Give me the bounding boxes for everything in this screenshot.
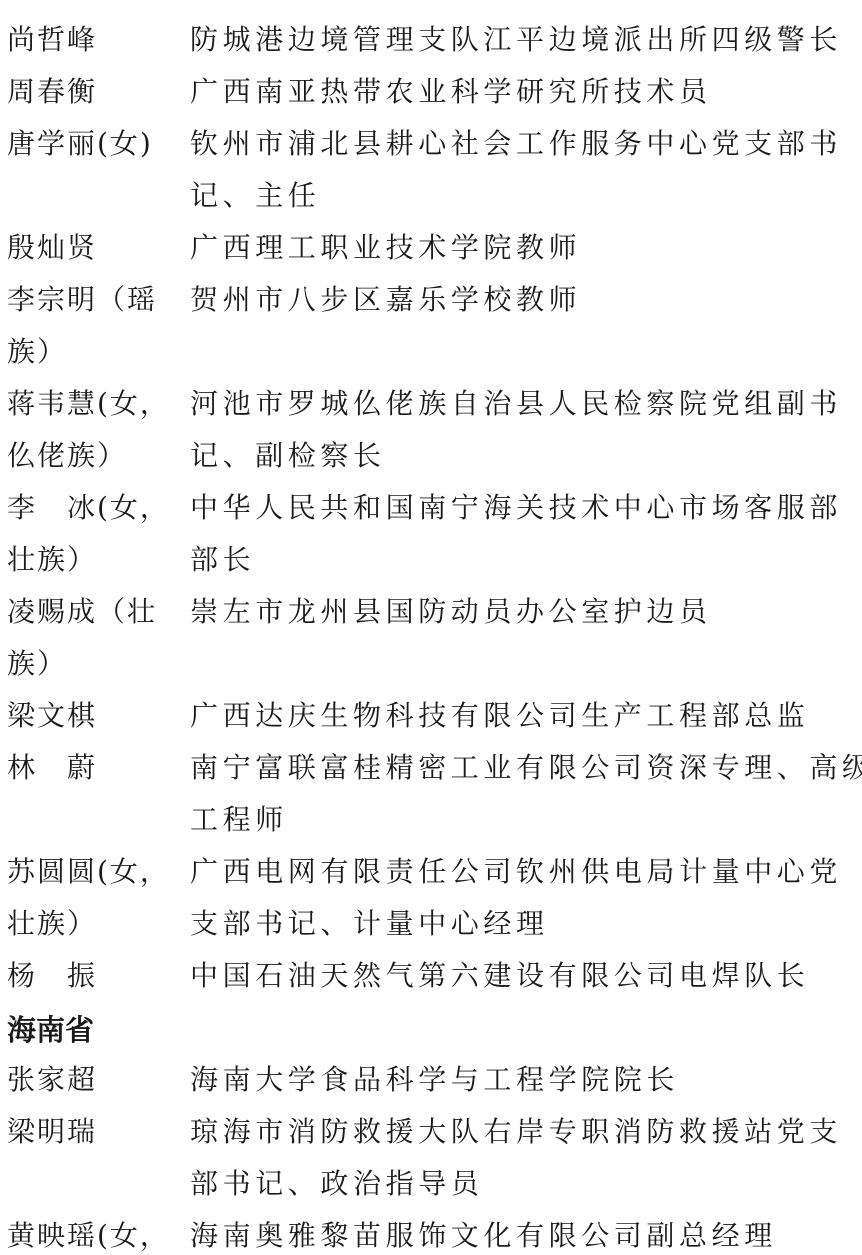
entry-line: 李 冰(女， 中华人民共和国南宁海关技术中心市场客服部	[0, 482, 862, 534]
entry-line: 仫佬族） 记、副检察长	[0, 430, 862, 482]
entry-line: 凌赐成（壮 崇左市龙州县国防动员办公室护边员	[0, 586, 862, 638]
list-item: 尚哲峰 防城港边境管理支队江平边境派出所四级警长	[0, 14, 862, 66]
person-name: 梁文棋	[7, 690, 187, 742]
entry-line: 张家超 海南大学食品科学与工程学院院长	[0, 1054, 862, 1106]
person-position: 广西电网有限责任公司钦州供电局计量中心党	[190, 846, 862, 898]
person-position: 防城港边境管理支队江平边境派出所四级警长	[190, 14, 862, 66]
person-position-cont: 部书记、政治指导员	[190, 1158, 862, 1210]
entry-line: 苏圆圆(女， 广西电网有限责任公司钦州供电局计量中心党	[0, 846, 862, 898]
person-position: 钦州市浦北县耕心社会工作服务中心党支部书	[190, 118, 862, 170]
person-name-cont: 族）	[7, 638, 187, 690]
list-item: 梁明瑞 琼海市消防救援大队右岸专职消防救援站党支 部书记、政治指导员	[0, 1106, 862, 1210]
entry-line: 族）	[0, 326, 862, 378]
list-item: 黄映瑶(女， 海南奥雅黎苗服饰文化有限公司副总经理	[0, 1210, 862, 1255]
person-name: 林 蔚	[7, 742, 187, 794]
person-name: 唐学丽(女)	[7, 118, 187, 170]
list-item: 梁文棋 广西达庆生物科技有限公司生产工程部总监	[0, 690, 862, 742]
person-position: 广西达庆生物科技有限公司生产工程部总监	[190, 690, 862, 742]
entry-line: 族）	[0, 638, 862, 690]
person-name: 李 冰(女，	[7, 482, 187, 534]
person-name: 张家超	[7, 1054, 187, 1106]
entry-line: 记、主任	[0, 170, 862, 222]
list-item: 李宗明（瑶 贺州市八步区嘉乐学校教师 族）	[0, 274, 862, 378]
list-item: 殷灿贤 广西理工职业技术学院教师	[0, 222, 862, 274]
list-item: 唐学丽(女) 钦州市浦北县耕心社会工作服务中心党支部书 记、主任	[0, 118, 862, 222]
list-item: 周春衡 广西南亚热带农业科学研究所技术员	[0, 66, 862, 118]
list-item: 凌赐成（壮 崇左市龙州县国防动员办公室护边员 族）	[0, 586, 862, 690]
person-name: 尚哲峰	[7, 14, 187, 66]
person-name-cont: 族）	[7, 326, 187, 378]
entry-line: 唐学丽(女) 钦州市浦北县耕心社会工作服务中心党支部书	[0, 118, 862, 170]
entry-line: 蒋韦慧(女， 河池市罗城仫佬族自治县人民检察院党组副书	[0, 378, 862, 430]
list-item: 杨 振 中国石油天然气第六建设有限公司电焊队长	[0, 950, 862, 1002]
list-item: 李 冰(女， 中华人民共和国南宁海关技术中心市场客服部 壮族） 部长	[0, 482, 862, 586]
entry-line: 林 蔚 南宁富联富桂精密工业有限公司资深专理、高级	[0, 742, 862, 794]
person-position: 中华人民共和国南宁海关技术中心市场客服部	[190, 482, 862, 534]
person-position: 河池市罗城仫佬族自治县人民检察院党组副书	[190, 378, 862, 430]
person-position: 广西南亚热带农业科学研究所技术员	[190, 66, 862, 118]
person-position: 中国石油天然气第六建设有限公司电焊队长	[190, 950, 862, 1002]
person-name: 杨 振	[7, 950, 187, 1002]
person-name: 黄映瑶(女，	[7, 1210, 187, 1255]
person-position: 海南大学食品科学与工程学院院长	[190, 1054, 862, 1106]
person-name-cont: 壮族）	[7, 534, 187, 586]
person-position-cont: 工程师	[190, 794, 862, 846]
entry-line: 壮族） 部长	[0, 534, 862, 586]
entry-line: 李宗明（瑶 贺州市八步区嘉乐学校教师	[0, 274, 862, 326]
person-position-cont: 支部书记、计量中心经理	[190, 898, 862, 950]
entry-line: 梁文棋 广西达庆生物科技有限公司生产工程部总监	[0, 690, 862, 742]
entry-line: 杨 振 中国石油天然气第六建设有限公司电焊队长	[0, 950, 862, 1002]
person-name: 苏圆圆(女，	[7, 846, 187, 898]
entry-line: 工程师	[0, 794, 862, 846]
person-position-cont: 记、副检察长	[190, 430, 862, 482]
document-body: 尚哲峰 防城港边境管理支队江平边境派出所四级警长 周春衡 广西南亚热带农业科学研…	[0, 14, 862, 1255]
person-position: 广西理工职业技术学院教师	[190, 222, 862, 274]
entry-line: 梁明瑞 琼海市消防救援大队右岸专职消防救援站党支	[0, 1106, 862, 1158]
list-item: 蒋韦慧(女， 河池市罗城仫佬族自治县人民检察院党组副书 仫佬族） 记、副检察长	[0, 378, 862, 482]
list-item: 苏圆圆(女， 广西电网有限责任公司钦州供电局计量中心党 壮族） 支部书记、计量中…	[0, 846, 862, 950]
person-name: 凌赐成（壮	[7, 586, 187, 638]
person-name: 梁明瑞	[7, 1106, 187, 1158]
list-item: 林 蔚 南宁富联富桂精密工业有限公司资深专理、高级 工程师	[0, 742, 862, 846]
person-position: 崇左市龙州县国防动员办公室护边员	[190, 586, 862, 638]
entry-line: 黄映瑶(女， 海南奥雅黎苗服饰文化有限公司副总经理	[0, 1210, 862, 1255]
person-name: 周春衡	[7, 66, 187, 118]
entry-line: 尚哲峰 防城港边境管理支队江平边境派出所四级警长	[0, 14, 862, 66]
person-name-cont: 仫佬族）	[7, 430, 187, 482]
entry-line: 周春衡 广西南亚热带农业科学研究所技术员	[0, 66, 862, 118]
person-position-cont: 记、主任	[190, 170, 862, 222]
person-position-cont: 部长	[190, 534, 862, 586]
person-name: 蒋韦慧(女，	[7, 378, 187, 430]
entry-line: 壮族） 支部书记、计量中心经理	[0, 898, 862, 950]
person-name-cont: 壮族）	[7, 898, 187, 950]
entry-line: 部书记、政治指导员	[0, 1158, 862, 1210]
person-position: 贺州市八步区嘉乐学校教师	[190, 274, 862, 326]
person-position: 南宁富联富桂精密工业有限公司资深专理、高级	[190, 742, 862, 794]
section-heading-hainan: 海南省	[0, 1002, 862, 1054]
person-name: 殷灿贤	[7, 222, 187, 274]
list-item: 张家超 海南大学食品科学与工程学院院长	[0, 1054, 862, 1106]
person-position: 海南奥雅黎苗服饰文化有限公司副总经理	[190, 1210, 862, 1255]
person-name: 李宗明（瑶	[7, 274, 187, 326]
person-position: 琼海市消防救援大队右岸专职消防救援站党支	[190, 1106, 862, 1158]
entry-line: 殷灿贤 广西理工职业技术学院教师	[0, 222, 862, 274]
